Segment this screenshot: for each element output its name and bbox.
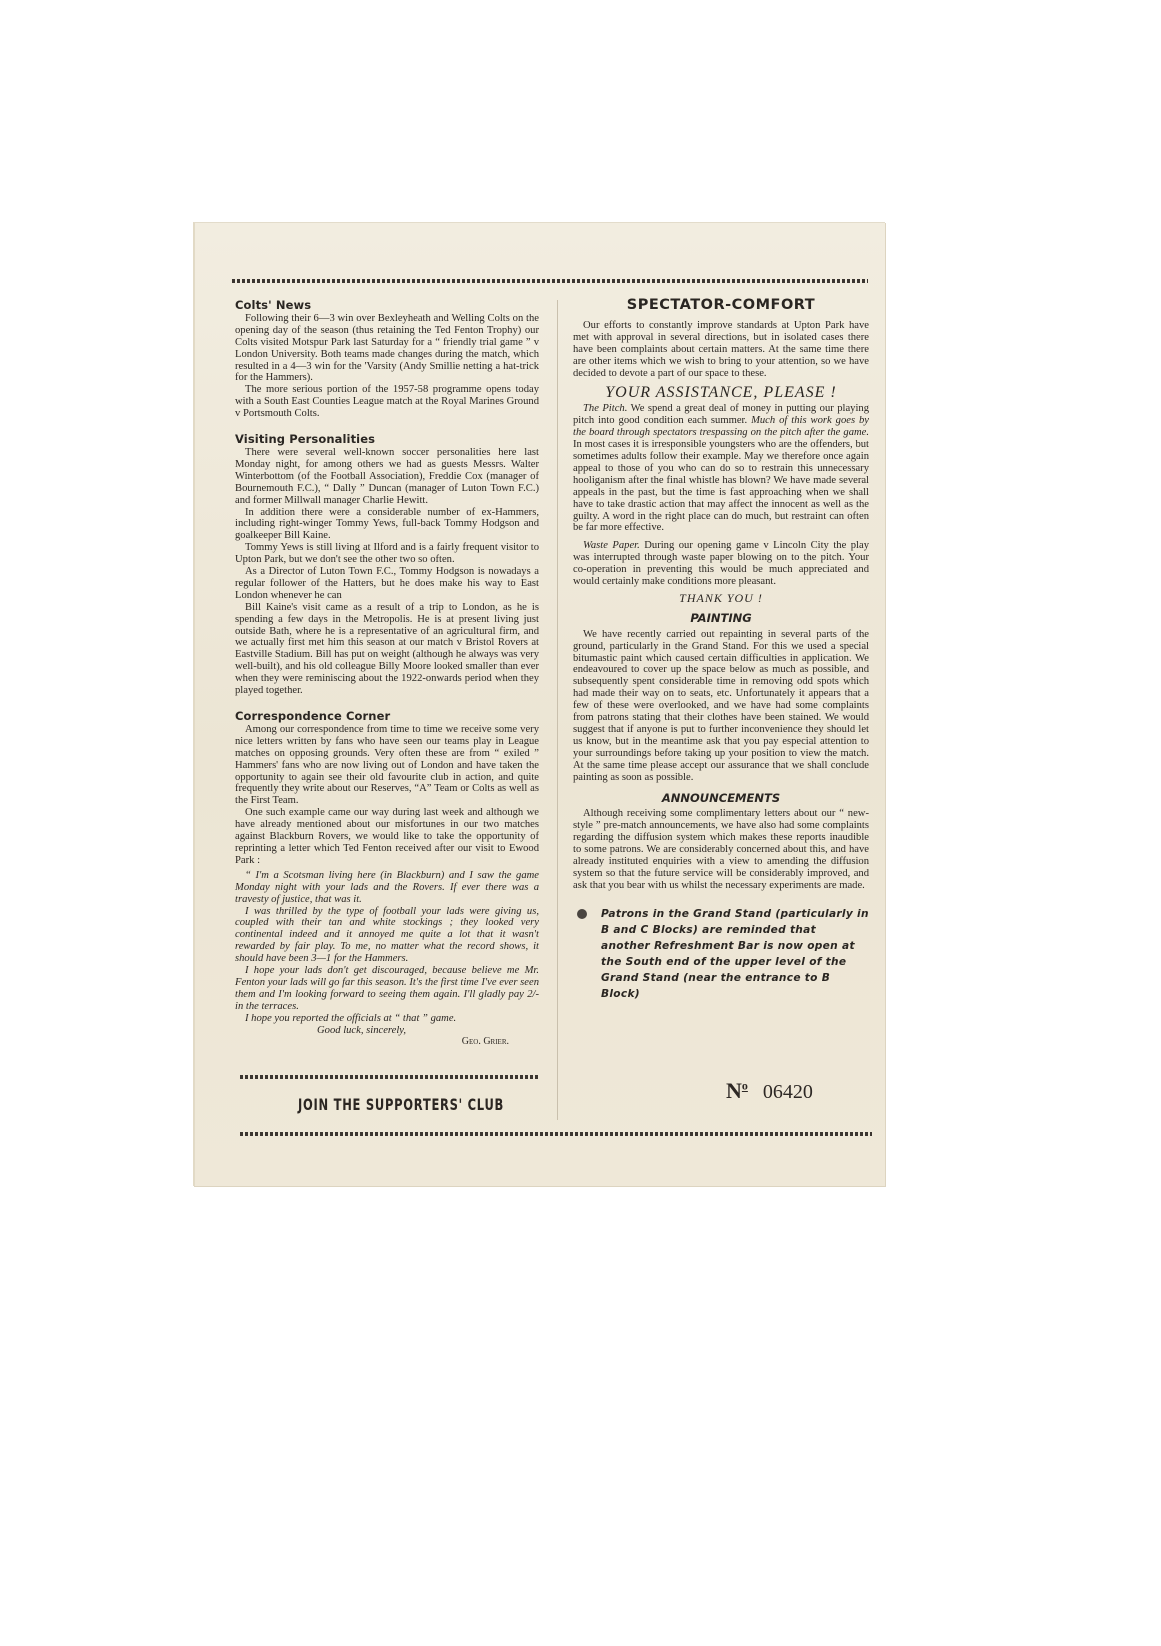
colts-news-section: Colts' News Following their 6—3 win over… bbox=[235, 300, 539, 420]
left-column: Colts' News Following their 6—3 win over… bbox=[235, 300, 539, 1048]
spectator-comfort-title: SPECTATOR-COMFORT bbox=[573, 300, 869, 312]
paragraph: One such example came our way during las… bbox=[235, 807, 539, 867]
section-heading: Colts' News bbox=[235, 300, 539, 312]
letter-paragraph: I hope you reported the officials at “ t… bbox=[235, 1013, 539, 1025]
notice-text: Patrons in the Grand Stand (particularly… bbox=[601, 906, 869, 1002]
visiting-personalities-section: Visiting Personalities There were severa… bbox=[235, 434, 539, 697]
paragraph: The more serious portion of the 1957-58 … bbox=[235, 384, 539, 420]
left-dotted-rule bbox=[240, 1075, 540, 1079]
join-supporters-club-banner: JOIN THE SUPPORTERS' CLUB bbox=[298, 1095, 435, 1114]
announcements-heading: ANNOUNCEMENTS bbox=[573, 793, 869, 805]
bottom-dotted-rule bbox=[240, 1132, 872, 1136]
painting-heading: PAINTING bbox=[573, 613, 869, 625]
paragraph: Among our correspondence from time to ti… bbox=[235, 724, 539, 807]
waste-paper-label: Waste Paper. bbox=[583, 540, 640, 551]
pitch-label: The Pitch. bbox=[583, 403, 627, 414]
right-column: SPECTATOR-COMFORT Our efforts to constan… bbox=[573, 296, 869, 1002]
paragraph: As a Director of Luton Town F.C., Tommy … bbox=[235, 566, 539, 602]
waste-paper-paragraph: Waste Paper. During our opening game v L… bbox=[573, 540, 869, 588]
top-dotted-rule bbox=[232, 279, 868, 283]
section-heading: Visiting Personalities bbox=[235, 434, 539, 446]
letter-signature: Geo. Grier. bbox=[235, 1036, 539, 1048]
paragraph: Following their 6—3 win over Bexleyheath… bbox=[235, 313, 539, 384]
correspondence-corner-section: Correspondence Corner Among our correspo… bbox=[235, 711, 539, 1048]
serial-number: No 06420 bbox=[726, 1078, 813, 1104]
section-heading: Correspondence Corner bbox=[235, 711, 539, 723]
painting-paragraph: We have recently carried out repainting … bbox=[573, 629, 869, 784]
letter-paragraph: I hope your lads don't get discouraged, … bbox=[235, 965, 539, 1013]
number-sign-icon: No bbox=[726, 1078, 748, 1103]
letter-paragraph: “ I'm a Scotsman living here (in Blackbu… bbox=[235, 870, 539, 906]
reprinted-letter: “ I'm a Scotsman living here (in Blackbu… bbox=[235, 870, 539, 1025]
letter-closing: Good luck, sincerely, bbox=[235, 1025, 539, 1037]
serial-number-value: 06420 bbox=[763, 1081, 813, 1103]
paragraph: There were several well-known soccer per… bbox=[235, 447, 539, 507]
assistance-heading: YOUR ASSISTANCE, PLEASE ! bbox=[573, 387, 869, 399]
bullet-icon bbox=[577, 909, 587, 919]
paragraph: Bill Kaine's visit came as a result of a… bbox=[235, 602, 539, 697]
announcements-paragraph: Although receiving some complimentary le… bbox=[573, 808, 869, 891]
paragraph: Tommy Yews is still living at Ilford and… bbox=[235, 542, 539, 566]
intro-paragraph: Our efforts to constantly improve standa… bbox=[573, 320, 869, 380]
column-divider bbox=[557, 300, 558, 1120]
thank-you-heading: THANK YOU ! bbox=[573, 593, 869, 605]
letter-paragraph: I was thrilled by the type of football y… bbox=[235, 906, 539, 966]
paragraph: In addition there were a considerable nu… bbox=[235, 507, 539, 543]
pitch-paragraph: The Pitch. We spend a great deal of mone… bbox=[573, 403, 869, 534]
refreshment-bar-notice: Patrons in the Grand Stand (particularly… bbox=[573, 906, 869, 1002]
